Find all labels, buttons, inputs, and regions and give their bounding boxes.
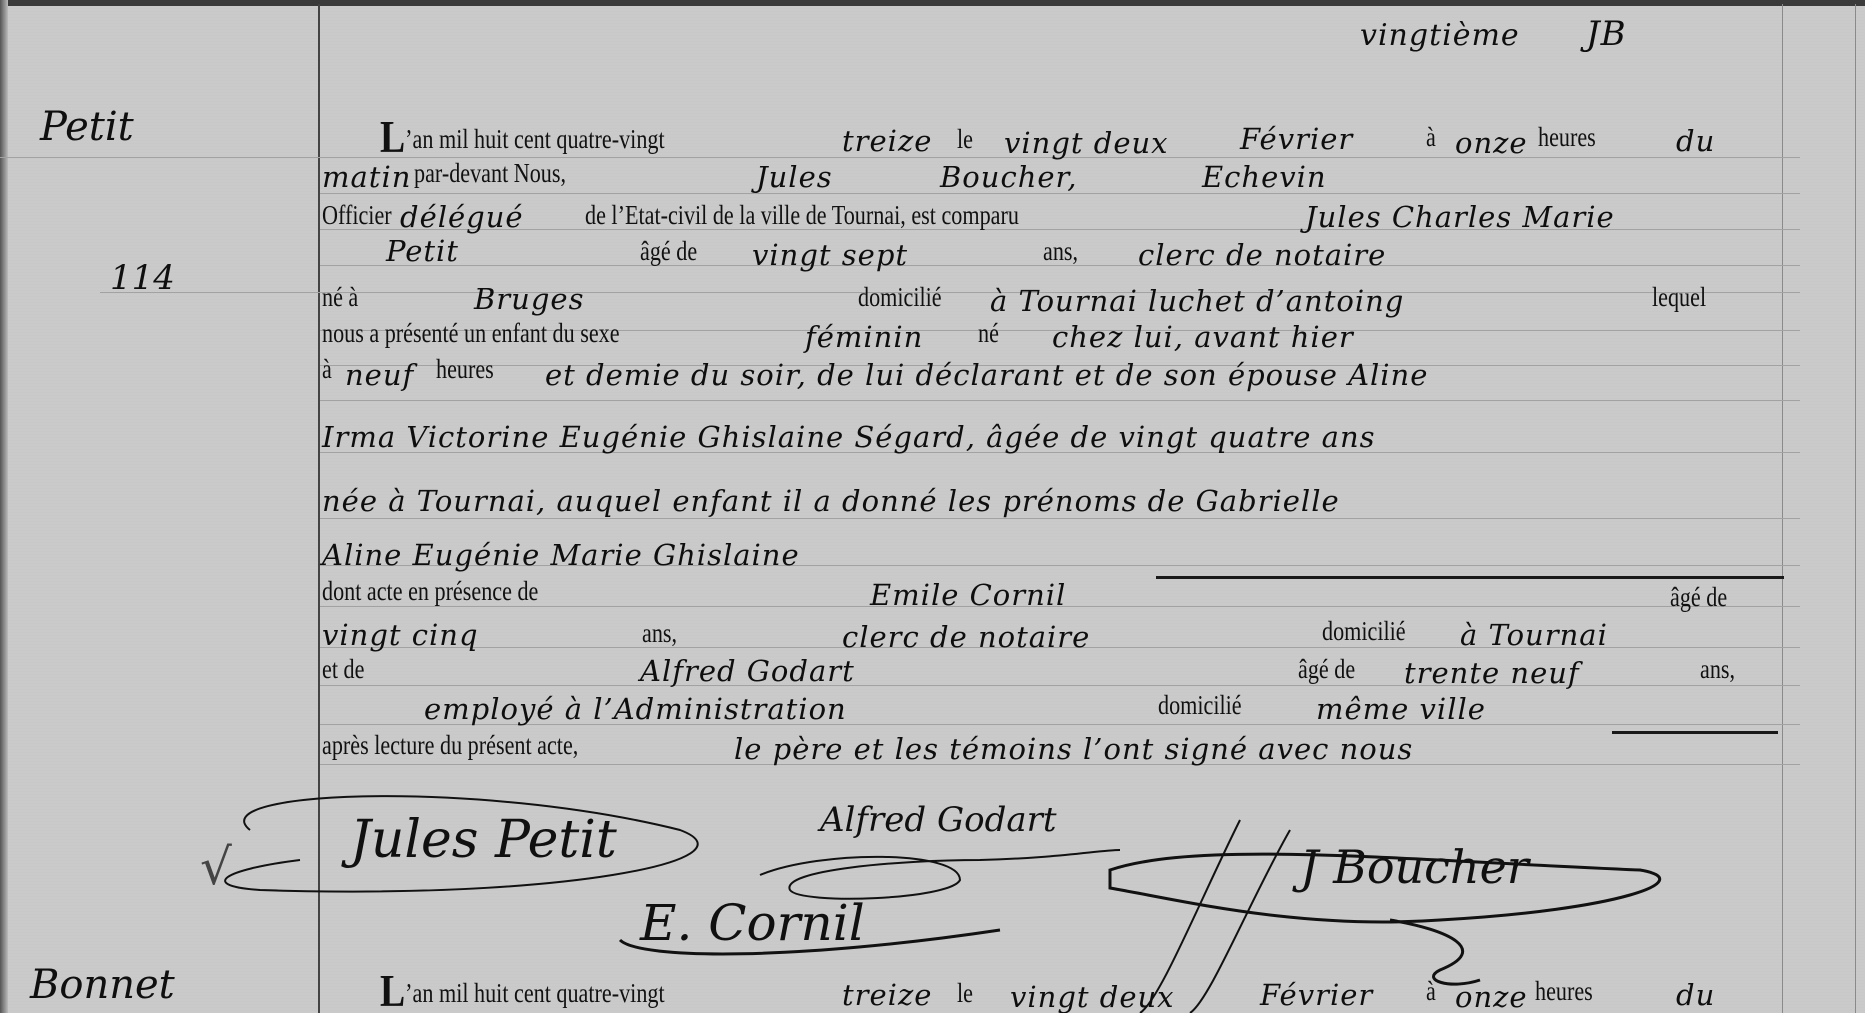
right-edge-rule bbox=[1855, 4, 1856, 1013]
hand-birthplace: Bruges bbox=[474, 282, 584, 316]
hand-year: treize bbox=[842, 124, 932, 158]
hand-witness-2-name: Alfred Godart bbox=[640, 654, 855, 688]
register-page: vingtième JB Petit 114 √ Bonnet L’an mil… bbox=[0, 0, 1865, 1013]
printed-text: domicilié bbox=[1322, 616, 1406, 647]
printed-text: à bbox=[1426, 122, 1436, 153]
hand-witness-2-profession: employé à l’Administration bbox=[424, 692, 847, 726]
hand-declarant-profession: clerc de notaire bbox=[1138, 238, 1386, 272]
printed-text: heures bbox=[1535, 976, 1593, 1007]
ruled-line bbox=[320, 518, 1800, 519]
hand-officer-title: Echevin bbox=[1202, 160, 1327, 194]
printed-text: domicilié bbox=[1158, 690, 1242, 721]
printed-text: à bbox=[1426, 976, 1436, 1007]
printed-text: ans, bbox=[642, 618, 677, 649]
hand-day: vingt deux bbox=[1004, 126, 1169, 160]
printed-text: heures bbox=[436, 354, 494, 385]
fill-line bbox=[1156, 576, 1784, 579]
printed-text: de l’Etat-civil de la ville de Tournai, … bbox=[585, 200, 1019, 231]
margin-check-mark: √ bbox=[200, 838, 232, 896]
hand-child-names: Aline Eugénie Marie Ghislaine bbox=[322, 538, 800, 572]
printed-text: âgé de bbox=[1298, 654, 1355, 685]
hand-residence: à Tournai luchet d’antoing bbox=[990, 284, 1404, 318]
hand-year: treize bbox=[842, 978, 932, 1012]
printed-text: dont acte en présence de bbox=[322, 576, 538, 607]
printed-text: le bbox=[957, 978, 973, 1009]
hand-text: et demie du soir, de lui déclarant et de… bbox=[545, 358, 1428, 392]
hand-officer-surname: Boucher, bbox=[940, 160, 1077, 194]
hand-witness-2-age: trente neuf bbox=[1404, 656, 1580, 690]
hand-text: du bbox=[1676, 978, 1715, 1012]
hand-text: née à Tournai, auquel enfant il a donné … bbox=[322, 484, 1340, 518]
printed-text: par-devant Nous, bbox=[414, 158, 566, 189]
printed-text: âgé de bbox=[1670, 582, 1727, 613]
printed-text: à bbox=[322, 354, 332, 385]
printed-text: ans, bbox=[1043, 236, 1078, 267]
hand-text: le père et les témoins l’ont signé avec … bbox=[734, 732, 1413, 766]
hand-day: vingt deux bbox=[1010, 980, 1175, 1013]
signature-father: Jules Petit bbox=[350, 810, 617, 870]
margin-act-number: 114 bbox=[110, 258, 175, 298]
page-left-edge bbox=[0, 0, 8, 1013]
hand-declarant-surname: Petit bbox=[386, 234, 459, 268]
hand-birth-hour: neuf bbox=[345, 358, 414, 392]
hand-officer-first: Jules bbox=[756, 160, 833, 194]
page-top-edge bbox=[0, 0, 1865, 6]
hand-witness-2-residence: même ville bbox=[1316, 692, 1486, 726]
fill-line bbox=[1612, 731, 1778, 734]
printed-text: âgé de bbox=[640, 236, 697, 267]
printed-text: lequel bbox=[1652, 282, 1706, 313]
printed-text: L’an mil huit cent quatre-vingt bbox=[380, 114, 665, 160]
margin-next-surname: Bonnet bbox=[30, 962, 175, 1008]
margin-column-rule bbox=[318, 4, 320, 1013]
right-column-rule bbox=[1782, 4, 1783, 1013]
hand-month: Février bbox=[1260, 978, 1373, 1012]
printed-text: et de bbox=[322, 654, 364, 685]
hand-sex: féminin bbox=[805, 320, 923, 354]
hand-text: matin bbox=[322, 160, 411, 194]
hand-hour: onze bbox=[1455, 126, 1528, 160]
hand-witness-1-profession: clerc de notaire bbox=[842, 620, 1090, 654]
printed-text: Officier bbox=[322, 200, 392, 231]
hand-witness-1-name: Emile Cornil bbox=[870, 578, 1066, 612]
hand-text: du bbox=[1676, 124, 1715, 158]
signature-officer: J Boucher bbox=[1300, 840, 1529, 894]
printed-text: L’an mil huit cent quatre-vingt bbox=[380, 968, 665, 1013]
printed-text: le bbox=[957, 124, 973, 155]
top-initials: JB bbox=[1586, 14, 1627, 54]
signature-witness-2: E. Cornil bbox=[640, 894, 865, 952]
hand-mother-name: Irma Victorine Eugénie Ghislaine Ségard,… bbox=[322, 420, 1376, 454]
printed-text: domicilié bbox=[858, 282, 942, 313]
printed-text: né bbox=[978, 318, 999, 349]
ruled-line bbox=[320, 400, 1800, 401]
printed-text: nous a présenté un enfant du sexe bbox=[322, 318, 620, 349]
printed-text: né à bbox=[322, 282, 358, 313]
hand-witness-1-residence: à Tournai bbox=[1460, 618, 1608, 652]
hand-declarant-name: Jules Charles Marie bbox=[1305, 200, 1615, 234]
top-note: vingtième bbox=[1360, 18, 1520, 53]
hand-declarant-age: vingt sept bbox=[752, 238, 908, 272]
printed-text: après lecture du présent acte, bbox=[322, 730, 578, 761]
hand-witness-1-age: vingt cinq bbox=[322, 618, 479, 652]
hand-hour: onze bbox=[1455, 980, 1528, 1013]
hand-birth-place: chez lui, avant hier bbox=[1052, 320, 1354, 354]
signature-witness-1: Alfred Godart bbox=[820, 800, 1057, 840]
hand-text: délégué bbox=[400, 200, 524, 234]
hand-month: Février bbox=[1240, 122, 1353, 156]
margin-surname: Petit bbox=[40, 104, 134, 150]
printed-text: ans, bbox=[1700, 654, 1735, 685]
printed-text: heures bbox=[1538, 122, 1596, 153]
